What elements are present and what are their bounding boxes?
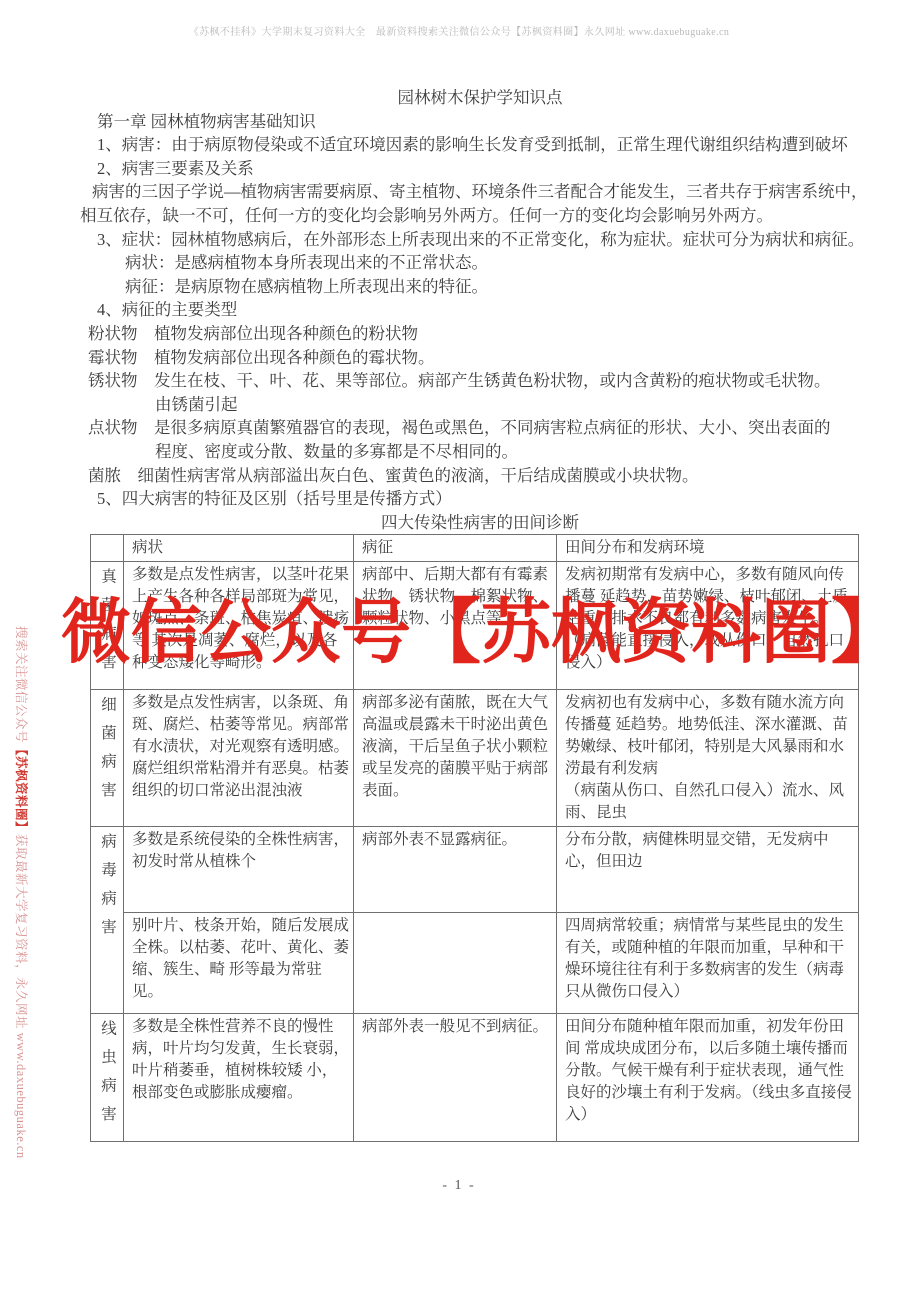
table-row-nematode: 线虫病害 多数是全株性营养不良的慢性病，叶片均匀发黄，生长衰弱，叶片稍萎垂，植树… xyxy=(91,1014,859,1142)
page-number: - 1 - xyxy=(0,1178,918,1194)
cell-virus-field-bottom: 四周病常较重；病情常与某些昆虫的发生有关，或随种植的年限而加重，早种和干燥环境往… xyxy=(557,913,859,1014)
row-label-text: 病毒病害 xyxy=(96,833,118,947)
cell-nematode-field: 田间分布随种植年限而加重，初发年份田间 常成块成团分布，以后多随土壤传播而分散。… xyxy=(557,1014,859,1142)
side-watermark-suffix: 获取最新大学复习资料，永久网址 www.daxuebuguake.cn xyxy=(14,834,28,1159)
doc-line: 程度、密度或分散、数量的多寡都是不尽相同的。 xyxy=(80,440,880,464)
cell-virus-sign-bottom xyxy=(354,913,557,1014)
doc-line: 粉状物 植物发病部位出现各种颜色的粉状物 xyxy=(80,322,880,346)
row-label-text: 线虫病害 xyxy=(96,1020,118,1134)
chapter-heading: 第一章 园林植物病害基础知识 xyxy=(80,110,880,134)
doc-line: 菌脓 细菌性病害常从病部溢出灰白色、蜜黄色的液滴，干后结成菌膜或小块状物。 xyxy=(80,464,880,488)
cell-virus-symptom-bottom: 别叶片、枝条开始，随后发展成全株。以枯萎、花叶、黄化、萎缩、簇生、畸 形等最为常… xyxy=(124,913,354,1014)
side-watermark-prefix: 搜索关注微信公众号 xyxy=(14,626,28,743)
doc-line: 相互依存，缺一不可，任何一方的变化均会影响另外两方。任何一方的变化均会影响另外两… xyxy=(80,204,880,228)
side-vertical-watermark: 搜索关注微信公众号【苏枫资料圈】获取最新大学复习资料，永久网址 www.daxu… xyxy=(13,626,31,1159)
doc-line: 1、病害：由于病原物侵染或不适宜环境因素的影响生长发育受到抵制，正常生理代谢组织… xyxy=(80,133,880,157)
side-watermark-brand: 【苏枫资料圈】 xyxy=(14,743,28,834)
row-label-virus: 病毒病害 xyxy=(91,827,124,1014)
column-header-symptom: 病状 xyxy=(124,535,354,562)
doc-line: 病害的三因子学说—植物病害需要病原、寄主植物、环境条件三者配合才能发生，三者共存… xyxy=(80,180,880,204)
page-header-watermark-text: 《苏枫不挂科》大学期末复习资料大全 最新资料搜索关注微信公众号【苏枫资料圈】永久… xyxy=(0,23,918,38)
red-watermark-overlay: 微信公众号【苏枫资料圈】 xyxy=(61,599,901,669)
cell-bacteria-field: 发病初也有发病中心，多数有随水流方向传播蔓 延趋势。地势低洼、深水灌溉、苗势嫩绿… xyxy=(557,690,859,827)
table-row-virus-bottom: 别叶片、枝条开始，随后发展成全株。以枯萎、花叶、黄化、萎缩、簇生、畸 形等最为常… xyxy=(91,913,859,1014)
table-row-virus-top: 病毒病害 多数是系统侵染的全株性病害，初发时常从植株个 病部外表不显露病征。 分… xyxy=(91,827,859,913)
row-label-nematode: 线虫病害 xyxy=(91,1014,124,1142)
cell-virus-field-top: 分布分散，病健株明显交错，无发病中心，但田边 xyxy=(557,827,859,913)
cell-nematode-sign: 病部外表一般见不到病征。 xyxy=(354,1014,557,1142)
doc-line: 点状物 是很多病原真菌繁殖器官的表现，褐色或黑色，不同病害粒点病征的形状、大小、… xyxy=(80,416,880,440)
row-label-text: 细菌病害 xyxy=(96,696,118,810)
column-header-sign: 病征 xyxy=(354,535,557,562)
document-title: 园林树木保护学知识点 xyxy=(80,86,880,110)
cell-nematode-symptom: 多数是全株性营养不良的慢性病，叶片均匀发黄，生长衰弱，叶片稍萎垂，植树株较矮 小… xyxy=(124,1014,354,1142)
doc-line: 霉状物 植物发病部位出现各种颜色的霉状物。 xyxy=(80,346,880,370)
doc-line: 病征：是病原物在感病植物上所表现出来的特征。 xyxy=(80,275,880,299)
doc-line: 病状：是感病植物本身所表现出来的不正常状态。 xyxy=(80,251,880,275)
column-header-type xyxy=(91,535,124,562)
doc-line: 5、四大病害的特征及区别（括号里是传播方式） xyxy=(80,487,880,511)
table-caption: 四大传染性病害的田间诊断 xyxy=(80,511,880,535)
column-header-field: 田间分布和发病环境 xyxy=(557,535,859,562)
doc-line: 2、病害三要素及关系 xyxy=(80,157,880,181)
cell-virus-sign-top: 病部外表不显露病征。 xyxy=(354,827,557,913)
cell-bacteria-symptom: 多数是点发性病害，以条斑、角斑、腐烂、枯萎等常见。病部常有水渍状，对光观察有透明… xyxy=(124,690,354,827)
cell-virus-symptom-top: 多数是系统侵染的全株性病害，初发时常从植株个 xyxy=(124,827,354,913)
doc-line: 4、病征的主要类型 xyxy=(80,298,880,322)
doc-line: 3、症状：园林植物感病后，在外部形态上所表现出来的不正常变化，称为症状。症状可分… xyxy=(80,228,880,252)
table-row-bacteria: 细菌病害 多数是点发性病害，以条斑、角斑、腐烂、枯萎等常见。病部常有水渍状，对光… xyxy=(91,690,859,827)
doc-line: 由锈菌引起 xyxy=(80,393,880,417)
row-label-bacteria: 细菌病害 xyxy=(91,690,124,827)
cell-bacteria-sign: 病部多泌有菌脓，既在大气高温或晨露未干时泌出黄色液滴，干后呈鱼子状小颗粒或呈发亮… xyxy=(354,690,557,827)
doc-line: 锈状物 发生在枝、干、叶、花、果等部位。病部产生锈黄色粉状物，或内含黄粉的疱状物… xyxy=(80,369,880,393)
table-header-row: 病状 病征 田间分布和发病环境 xyxy=(91,535,859,562)
